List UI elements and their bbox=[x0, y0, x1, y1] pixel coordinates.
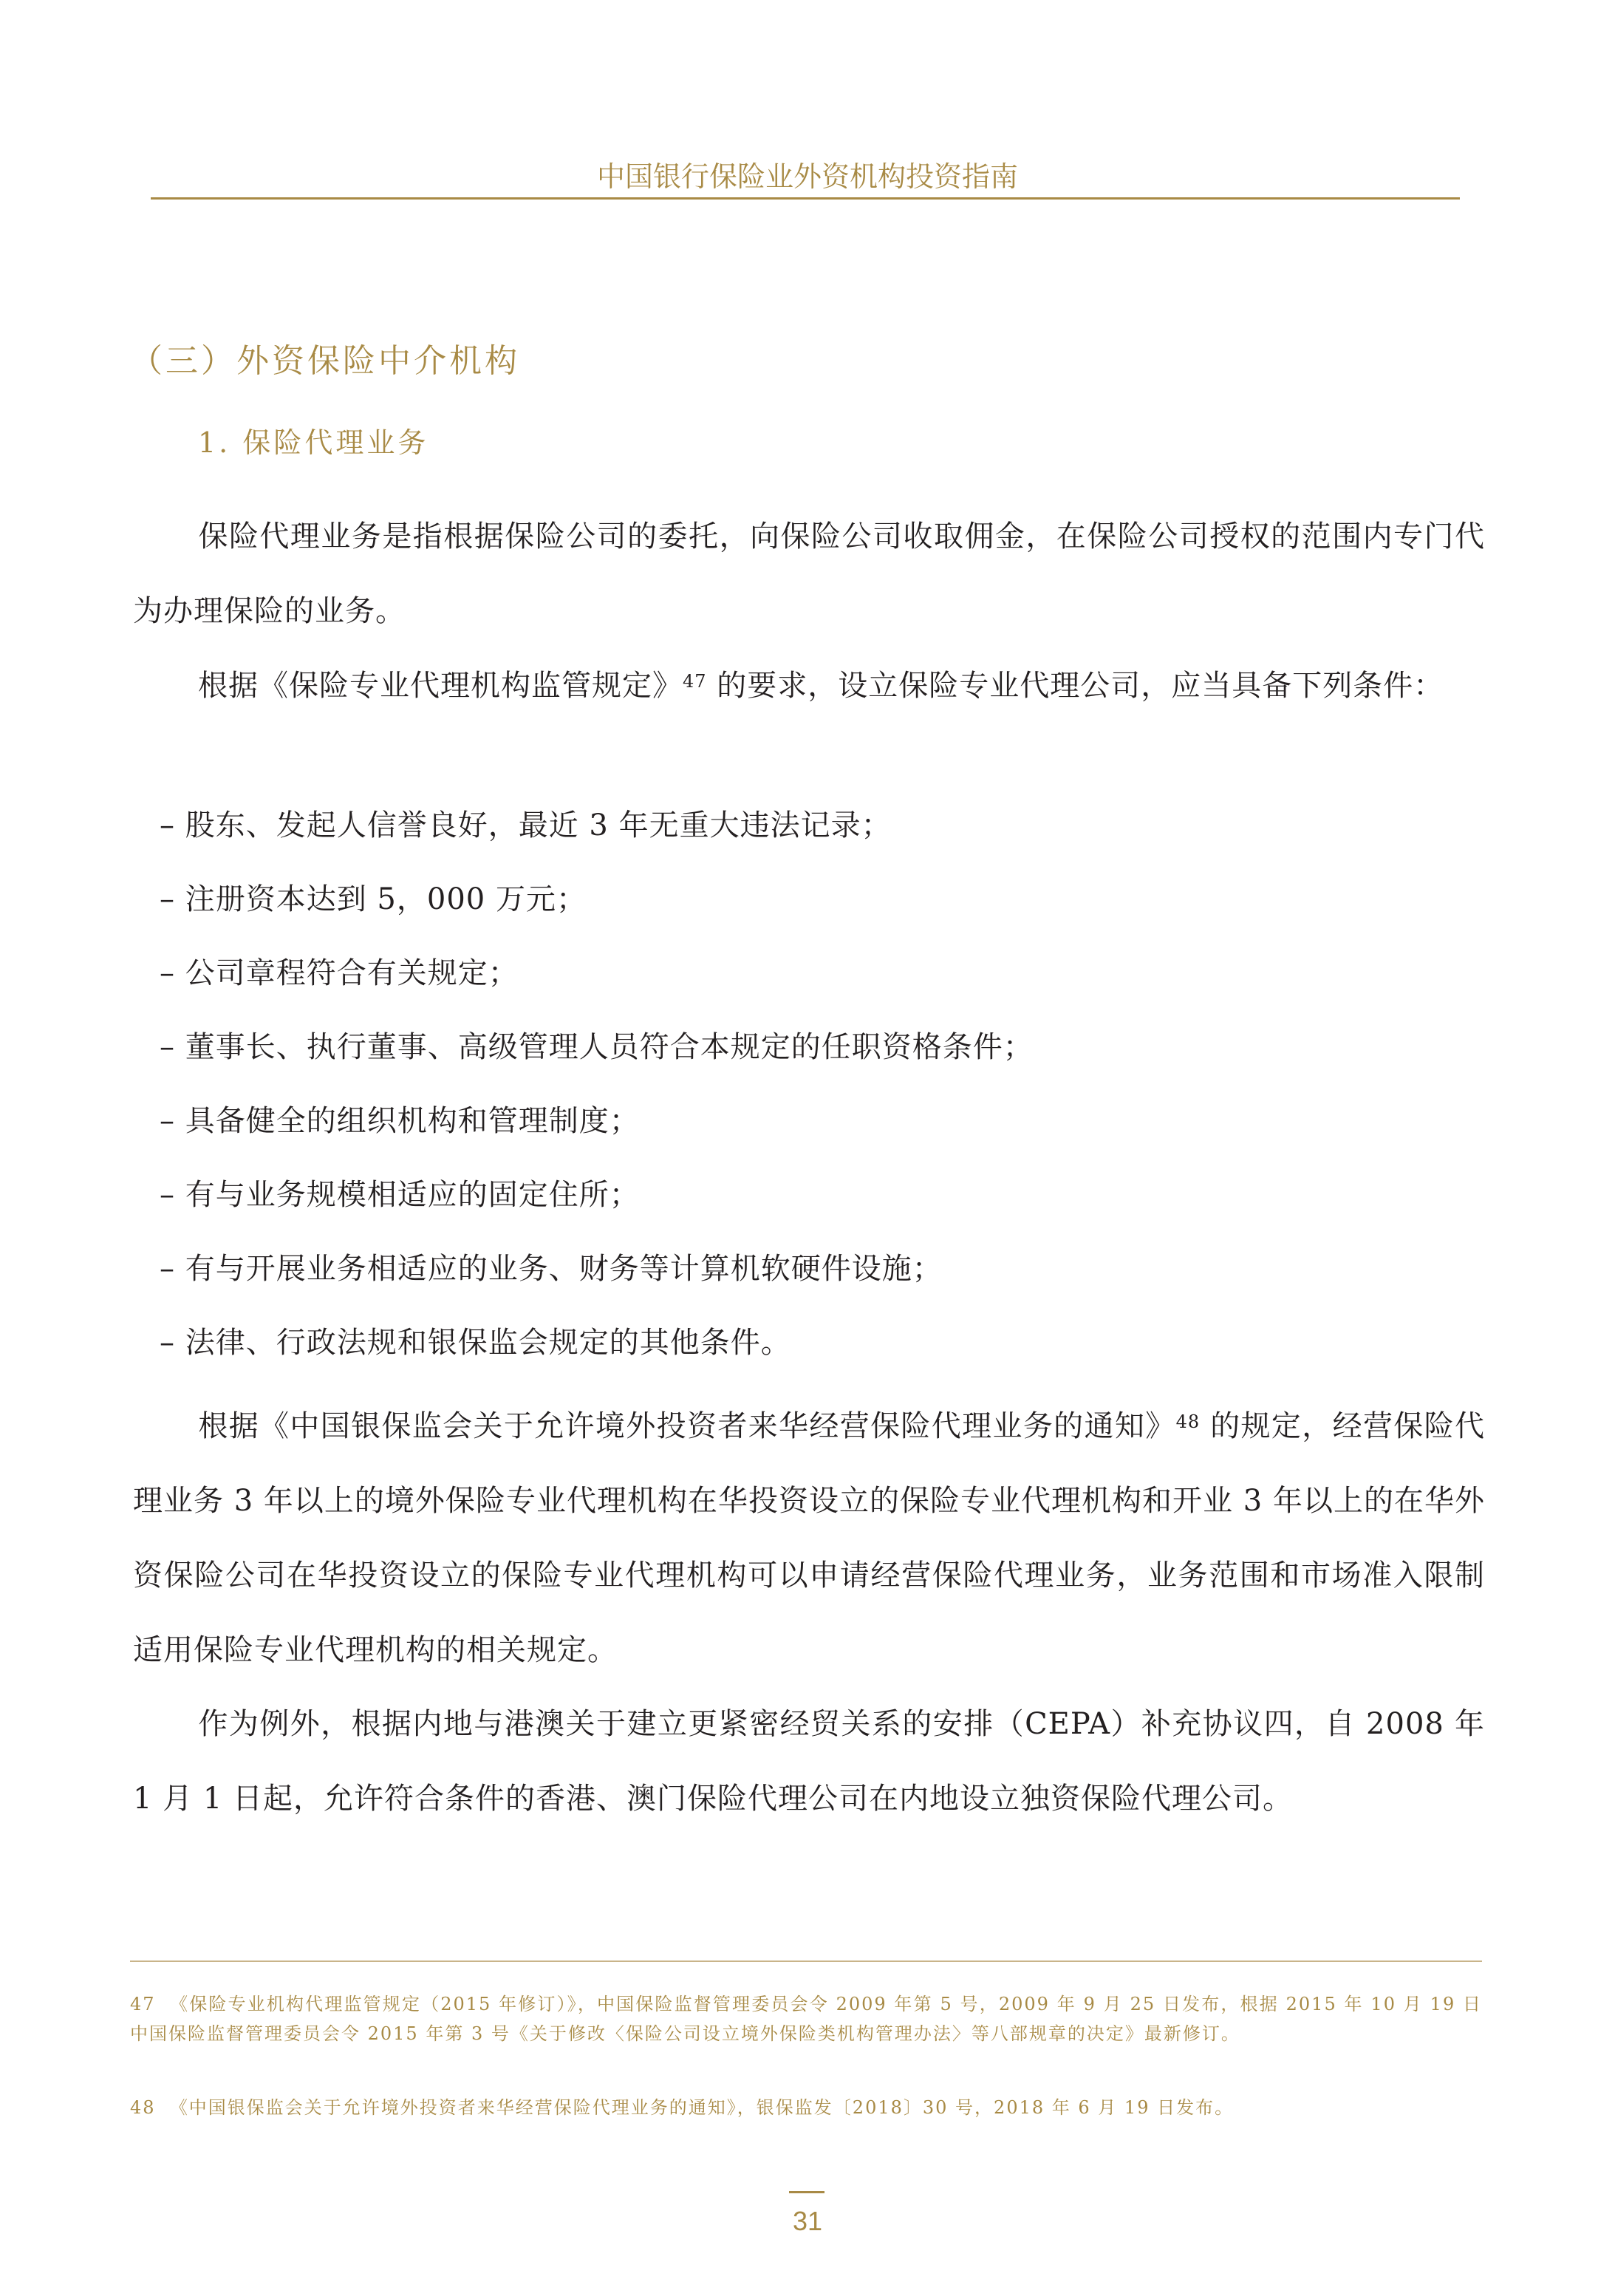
condition-item: – 公司章程符合有关规定； bbox=[160, 950, 519, 992]
paragraph-text: 根据《中国银保监会关于允许境外投资者来华经营保险代理业务的通知》 bbox=[198, 1409, 1176, 1443]
footnote-text: 《中国银保监会关于允许境外投资者来华经营保险代理业务的通知》，银保监发〔2018… bbox=[170, 2097, 1234, 2118]
running-header-title: 中国银行保险业外资机构投资指南 bbox=[0, 154, 1615, 194]
condition-item: – 注册资本达到 5，000 万元； bbox=[160, 876, 587, 918]
footnote-48: 48 《中国银保监会关于允许境外投资者来华经营保险代理业务的通知》，银保监发〔2… bbox=[130, 2093, 1482, 2122]
page-number: 31 bbox=[0, 2206, 1615, 2237]
paragraph-definition: 保险代理业务是指根据保险公司的委托，向保险公司收取佣金，在保险公司授权的范围内专… bbox=[133, 500, 1485, 649]
condition-item: – 有与业务规模相适应的固定住所； bbox=[160, 1171, 640, 1213]
footnote-47: 47 《保险专业机构代理监管规定（2015 年修订）》，中国保险监督管理委员会令… bbox=[130, 1989, 1482, 2048]
condition-item: – 董事长、执行董事、高级管理人员符合本规定的任职资格条件； bbox=[160, 1023, 1034, 1066]
paragraph-text: 作为例外，根据内地与港澳关于建立更紧密经贸关系的安排（CEPA）补充协议四，自 … bbox=[133, 1707, 1485, 1816]
paragraph-foreign-agency-notice: 根据《中国银保监会关于允许境外投资者来华经营保险代理业务的通知》48 的规定，经… bbox=[133, 1389, 1485, 1688]
footnote-ref-48[interactable]: 48 bbox=[1176, 1411, 1201, 1432]
condition-item: – 有与开展业务相适应的业务、财务等计算机软硬件设施； bbox=[160, 1245, 943, 1287]
footnote-ref-47[interactable]: 47 bbox=[683, 671, 707, 692]
condition-item: – 具备健全的组织机构和管理制度； bbox=[160, 1097, 640, 1140]
footnote-number: 48 bbox=[130, 2097, 156, 2118]
paragraph-text: 保险代理业务是指根据保险公司的委托，向保险公司收取佣金，在保险公司授权的范围内专… bbox=[133, 520, 1485, 628]
footnote-number: 47 bbox=[130, 1994, 156, 2014]
paragraph-conditions-intro: 根据《保险专业代理机构监管规定》47 的要求，设立保险专业代理公司，应当具备下列… bbox=[133, 649, 1485, 723]
paragraph-cepa-exception: 作为例外，根据内地与港澳关于建立更紧密经贸关系的安排（CEPA）补充协议四，自 … bbox=[133, 1687, 1485, 1836]
header-divider bbox=[151, 197, 1460, 200]
condition-item: – 股东、发起人信誉良好，最近 3 年无重大违法记录； bbox=[160, 802, 892, 844]
footnote-divider bbox=[130, 1961, 1482, 1962]
paragraph-text: 根据《保险专业代理机构监管规定》 bbox=[198, 669, 683, 703]
section-title: （三）外资保险中介机构 bbox=[130, 334, 520, 381]
subsection-title: 1. 保险代理业务 bbox=[198, 420, 428, 460]
footnote-text: 《保险专业机构代理监管规定（2015 年修订）》，中国保险监督管理委员会令 20… bbox=[130, 1994, 1482, 2044]
paragraph-text: 的要求，设立保险专业代理公司，应当具备下列条件： bbox=[707, 669, 1444, 703]
paragraph-text: 的规定，经营保险代理业务 3 年以上的境外保险专业代理机构在华投资设立的保险专业… bbox=[133, 1409, 1485, 1667]
condition-item: – 法律、行政法规和银保监会规定的其他条件。 bbox=[160, 1319, 791, 1361]
page-number-divider bbox=[789, 2191, 824, 2193]
